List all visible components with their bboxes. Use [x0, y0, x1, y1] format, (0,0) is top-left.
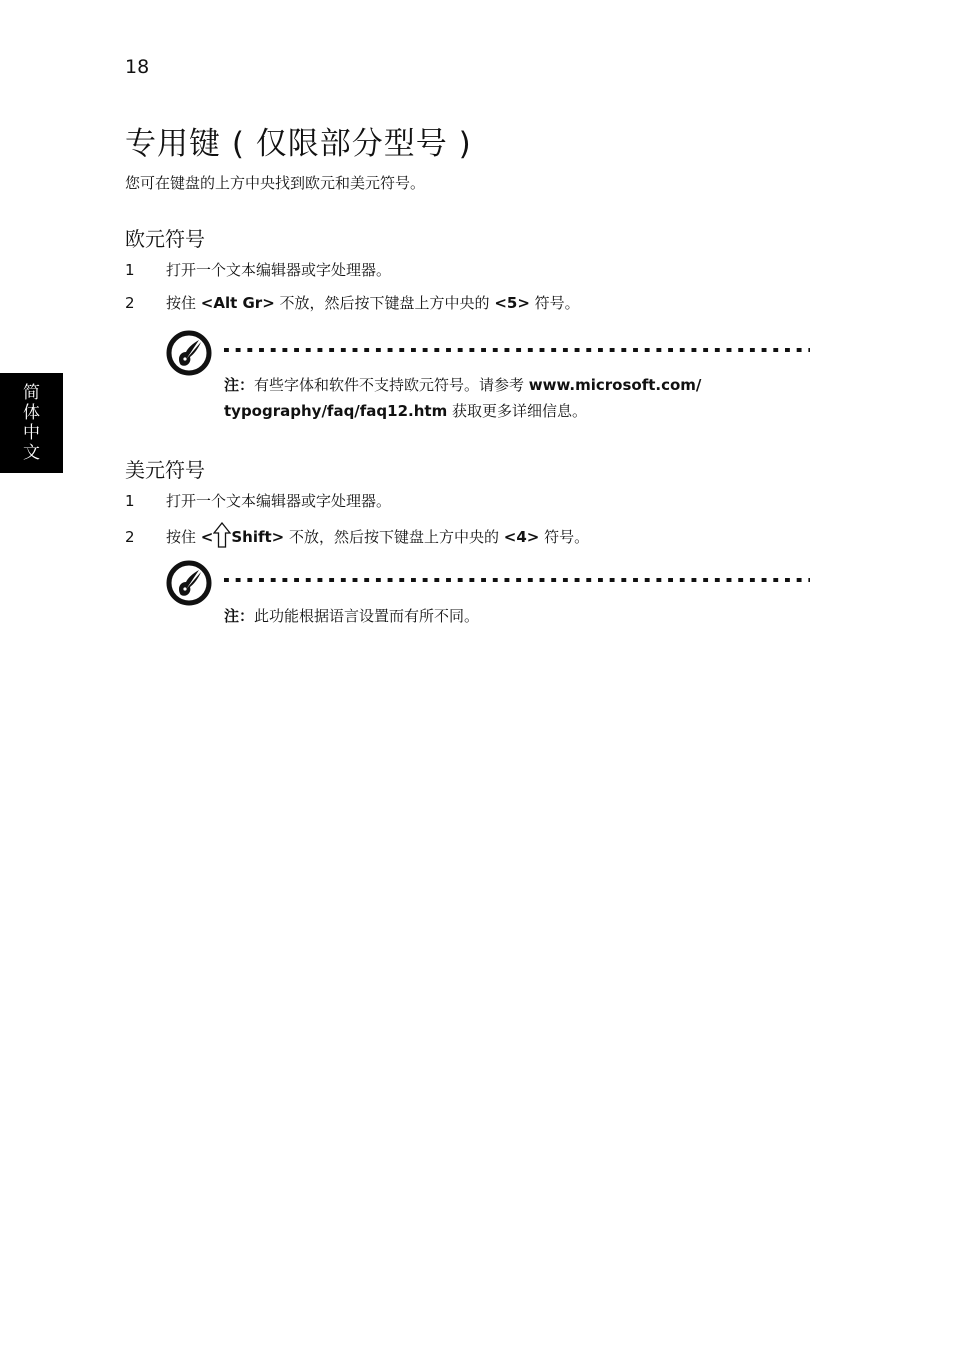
key-alt-gr: <Alt Gr>	[201, 294, 275, 312]
step-number: 1	[125, 492, 166, 510]
dollar-note: 注：此功能根据语言设置而有所不同。	[224, 603, 479, 629]
note-label: 注：	[224, 376, 254, 394]
shift-arrow-icon	[213, 522, 231, 548]
step-number: 2	[125, 294, 166, 312]
step-number: 2	[125, 528, 166, 546]
step-text: 按住	[166, 528, 201, 546]
note-text: 有些字体和软件不支持欧元符号。请参考	[254, 376, 529, 394]
step-number: 1	[125, 261, 166, 279]
page-number: 18	[125, 56, 149, 78]
side-tab-char: 简	[23, 383, 40, 403]
step-text: 符号。	[530, 294, 580, 312]
dollar-heading: 美元符号	[125, 454, 205, 483]
step-text: 符号。	[539, 528, 589, 546]
step-text: 不放，然后按下键盘上方中央的	[275, 294, 495, 312]
euro-note: 注：有些字体和软件不支持欧元符号。请参考 www.microsoft.com/ …	[224, 372, 701, 424]
step-text: 不放，然后按下键盘上方中央的	[284, 528, 504, 546]
microsoft-link-cont[interactable]: typography/faq/faq12.htm	[224, 402, 447, 420]
intro-text: 您可在键盘的上方中央找到欧元和美元符号。	[125, 172, 425, 193]
side-tab-char: 文	[23, 443, 40, 463]
note-pen-icon	[166, 330, 212, 376]
note-text: 此功能根据语言设置而有所不同。	[254, 607, 479, 625]
key-5: <5>	[494, 294, 530, 312]
note-label: 注：	[224, 607, 254, 625]
key-shift: Shift>	[231, 528, 284, 546]
euro-step-2: 2按住 <Alt Gr> 不放，然后按下键盘上方中央的 <5> 符号。	[125, 292, 580, 313]
side-tab-char: 体	[23, 403, 40, 423]
note-text: 获取更多详细信息。	[447, 402, 587, 420]
note-divider	[224, 348, 810, 352]
language-side-tab: 简 体 中 文	[0, 373, 63, 473]
step-text: 打开一个文本编辑器或字处理器。	[166, 261, 391, 279]
euro-step-1: 1打开一个文本编辑器或字处理器。	[125, 259, 391, 280]
key-4: <4>	[504, 528, 540, 546]
page-title: 专用键 ( 仅限部分型号 )	[125, 118, 472, 163]
euro-heading: 欧元符号	[125, 223, 205, 252]
step-text: 打开一个文本编辑器或字处理器。	[166, 492, 391, 510]
note-pen-icon	[166, 560, 212, 606]
key-bracket: <	[201, 528, 214, 546]
note-divider	[224, 578, 810, 582]
dollar-step-2: 2按住 <Shift> 不放，然后按下键盘上方中央的 <4> 符号。	[125, 522, 589, 548]
step-text: 按住	[166, 294, 201, 312]
microsoft-link[interactable]: www.microsoft.com/	[529, 376, 702, 394]
dollar-step-1: 1打开一个文本编辑器或字处理器。	[125, 490, 391, 511]
side-tab-char: 中	[23, 423, 40, 443]
